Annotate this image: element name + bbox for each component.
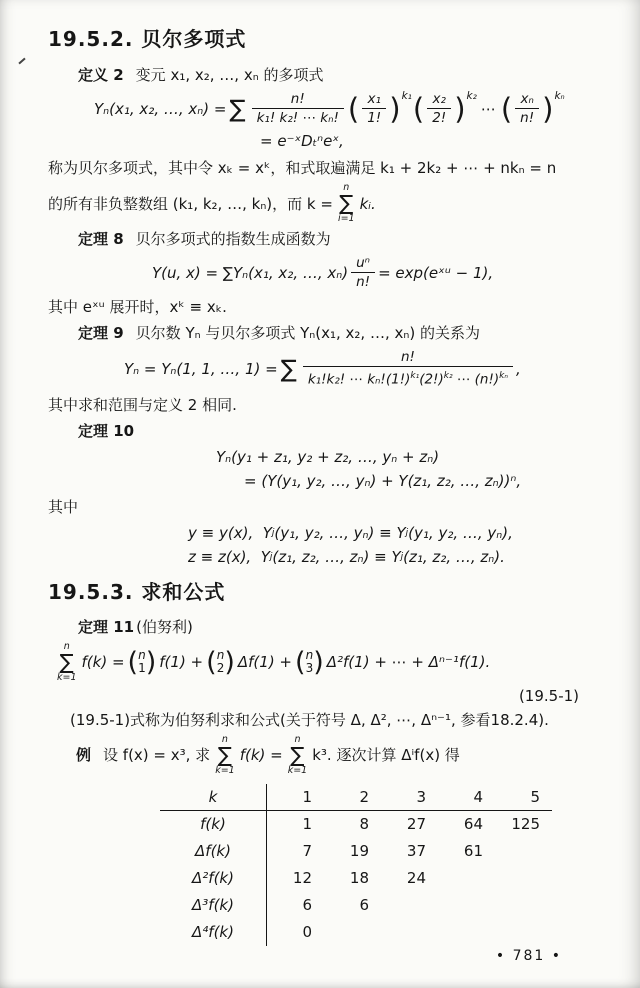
table-row-fk: f(k) 1 8 27 64 125: [160, 810, 552, 838]
eq1-factor-1-fraction: x₁ 1!: [362, 90, 386, 128]
sum-lower-limit: k=1: [288, 765, 308, 776]
table-row-d3: Δ³f(k) 6 6: [160, 892, 552, 919]
difference-table: k 1 2 3 4 5 f(k) 1 8 27 64 125 Δf(k) 7 1…: [160, 784, 552, 946]
eq3-den-exp: k₁: [410, 371, 419, 381]
equation-bernoulli-sum: n ∑ k=1 f(k) = ( n1 ) f(1) + ( n2 ) Δf(1…: [52, 642, 595, 683]
equation-binomial-property-1: Yₙ(y₁ + z₁, y₂ + z₂, …, yₙ + zₙ): [216, 446, 595, 468]
eq5-l2b: (z₁, z₂, …, zₙ) ≡ Y: [272, 546, 400, 568]
eq2-fraction: uⁿ n!: [351, 254, 375, 292]
left-paren-icon: (: [501, 95, 512, 124]
binom-bottom: 3: [306, 662, 314, 675]
binomial-coefficient-n3: ( n3 ): [295, 649, 324, 676]
table-cell: [495, 865, 552, 892]
eq2-post: = exp(eˣᵘ − 1),: [378, 262, 493, 284]
eq1-dots: ⋯: [481, 98, 496, 120]
sum-lower-limit: k=1: [57, 672, 77, 683]
factor1-num: x₁: [363, 90, 386, 108]
table-cell: [438, 865, 495, 892]
eq1-line2: = e⁻ˣDₜⁿeˣ,: [260, 130, 344, 152]
paragraph-range-note: 其中求和范围与定义 2 相同.: [48, 392, 595, 418]
table-cell: [381, 892, 438, 919]
sigma-icon: ∑: [229, 97, 245, 121]
equation-generating-function: Y(u, x) = ∑Yₙ(x₁, x₂, …, xₙ) uⁿ n! = exp…: [152, 254, 595, 292]
where-label: 其中: [48, 494, 595, 520]
binomial-coefficient-n1: ( n1 ): [128, 649, 157, 676]
definition-2-text: 变元 x₁, x₂, …, xₙ 的多项式: [136, 66, 324, 84]
equation-bell-operator-form: = e⁻ˣDₜⁿeˣ,: [260, 130, 595, 152]
equation-where-y: y ≡ y(x), Yj(y₁, y₂, …, yₙ) ≡ Yj(y₁, y₂,…: [188, 522, 595, 544]
sigma-icon: ∑: [218, 745, 232, 765]
theorem-11-note: (伯努利): [136, 618, 193, 636]
theorem-11-label: 定理 11: [78, 618, 134, 636]
sigma-icon: ∑: [339, 193, 353, 213]
eq3-post: ,: [516, 358, 521, 380]
right-paren-icon: ): [146, 649, 157, 676]
paragraph-expansion-note: 其中 eˣᵘ 展开时，xᵏ ≡ xₖ.: [48, 294, 595, 320]
sigma-icon: ∑: [281, 357, 297, 381]
table-cell: 12: [267, 865, 325, 892]
eq3-den: k₁!k₂! ⋯ kₙ!(1!)k₁(2!)k₂ ⋯ (n!)kₙ: [303, 366, 513, 390]
eq1-factor-1: ( x₁ 1! ) k₁: [348, 90, 412, 128]
eq3-den-exp: k₂: [444, 371, 453, 381]
theorem-9-text: 贝尔数 Yₙ 与贝尔多项式 Yₙ(x₁, x₂, …, xₙ) 的关系为: [136, 324, 480, 342]
equation-bell-numbers: Yₙ = Yₙ(1, 1, …, 1) = ∑ n! k₁!k₂! ⋯ kₙ!(…: [124, 348, 595, 390]
sum-with-limits: n ∑ k=1: [57, 642, 77, 683]
eq3-num: n!: [396, 348, 420, 366]
eq3-den-part: ⋯ (n!): [453, 372, 500, 388]
eq5-l1b: (y₁, y₂, …, yₙ) ≡ Y: [274, 522, 405, 544]
eq1-lhs: Yₙ(x₁, x₂, …, xₙ) =: [94, 98, 226, 120]
factorn-exponent: kₙ: [554, 85, 564, 107]
theorem-9-line: 定理 9贝尔数 Yₙ 与贝尔多项式 Yₙ(x₁, x₂, …, xₙ) 的关系为: [48, 320, 595, 346]
table-cell: [495, 838, 552, 865]
example-line: 例 设 f(x) = x³, 求 n ∑ k=1 f(k) = n ∑ k=1 …: [48, 735, 595, 776]
conditions-2-post: kᵢ.: [360, 193, 376, 215]
eq2-num: uⁿ: [351, 254, 375, 272]
eq5-l1a: y ≡ y(x), Y: [188, 522, 272, 544]
theorem-8-line: 定理 8贝尔多项式的指数生成函数为: [48, 226, 595, 252]
eq6-t2: f(1) +: [159, 651, 203, 673]
theorem-11-line: 定理 11(伯努利): [48, 614, 595, 640]
table-row-d4: Δ⁴f(k) 0: [160, 919, 552, 946]
binom-bottom: 2: [217, 662, 225, 675]
table-cell: [381, 919, 438, 946]
eq2-den: n!: [351, 272, 375, 292]
table-cell: 7: [267, 838, 325, 865]
eq4-line1: Yₙ(y₁ + z₁, y₂ + z₂, …, yₙ + zₙ): [216, 446, 439, 468]
example-t1: 设 f(x) = x³, 求: [103, 743, 210, 767]
eq1-factor-n: ( xₙ n! ) kₙ: [501, 90, 565, 128]
eq3-den-part: (2!): [419, 372, 444, 388]
table-header-cell: 3: [381, 784, 438, 811]
table-row-label: Δf(k): [160, 838, 267, 865]
eq3-den-part: k₁!k₂! ⋯ kₙ!(1!): [308, 372, 411, 388]
sigma-icon: ∑: [290, 745, 304, 765]
eq6-t3: Δf(1) +: [238, 651, 292, 673]
left-paren-icon: (: [413, 95, 424, 124]
paragraph-bell-conditions-2: 的所有非负整数组 (k₁, k₂, …, kₙ)，而 k = n ∑ i=1 k…: [48, 183, 595, 224]
right-paren-icon: ): [454, 95, 465, 124]
table-cell: [495, 919, 552, 946]
table-cell: 125: [495, 810, 552, 838]
factor2-exponent: k₂: [467, 85, 477, 107]
example-t2: f(k) =: [240, 743, 283, 767]
eq2-pre: Y(u, x) = ∑Yₙ(x₁, x₂, …, xₙ): [152, 262, 348, 284]
table-cell: 61: [438, 838, 495, 865]
equation-bell-polynomial-def: Yₙ(x₁, x₂, …, xₙ) = ∑ n! k₁! k₂! ⋯ kₙ! (…: [94, 90, 595, 128]
sigma-icon: ∑: [60, 652, 74, 672]
sum-lower-limit: k=1: [215, 765, 235, 776]
table-cell: 18: [324, 865, 381, 892]
theorem-8-text: 贝尔多项式的指数生成函数为: [136, 230, 331, 248]
factor1-den: 1!: [362, 108, 386, 128]
eq6-t1: f(k) =: [82, 651, 125, 673]
eq3-den-exp: kₙ: [499, 371, 508, 381]
theorem-8-label: 定理 8: [78, 230, 124, 248]
factorn-num: xₙ: [515, 90, 538, 108]
table-header-row: k 1 2 3 4 5: [160, 784, 552, 811]
eq3-fraction: n! k₁!k₂! ⋯ kₙ!(1!)k₁(2!)k₂ ⋯ (n!)kₙ: [303, 348, 513, 390]
example-t3: k³. 逐次计算 Δⁱf(x) 得: [312, 743, 460, 767]
theorem-9-label: 定理 9: [78, 324, 124, 342]
eq5-l2c: (z₁, z₂, …, zₙ).: [403, 546, 505, 568]
table-cell: [438, 892, 495, 919]
right-paren-icon: ): [313, 649, 324, 676]
eq5-l1c: (y₁, y₂, …, yₙ),: [408, 522, 513, 544]
scan-noise-mark: [18, 58, 25, 65]
factorn-den: n!: [515, 108, 539, 128]
equation-binomial-property-2: = (Y(y₁, y₂, …, yₙ) + Y(z₁, z₂, …, zₙ))ⁿ…: [244, 470, 595, 492]
eq5-l2a: z ≡ z(x), Y: [188, 546, 270, 568]
equation-number: (19.5-1): [48, 685, 595, 707]
factor2-den: 2!: [427, 108, 451, 128]
definition-2-label: 定义 2: [78, 66, 124, 84]
table-header-cell: 1: [267, 784, 325, 811]
eq1-fraction-denominator: k₁! k₂! ⋯ kₙ!: [252, 108, 344, 128]
factor2-num: x₂: [427, 90, 450, 108]
eq1-main-fraction: n! k₁! k₂! ⋯ kₙ!: [252, 90, 344, 128]
book-page: 19.5.2. 贝尔多项式 定义 2变元 x₁, x₂, …, xₙ 的多项式 …: [0, 0, 640, 988]
theorem-10-label: 定理 10: [78, 422, 134, 440]
factor1-exponent: k₁: [402, 85, 412, 107]
eq4-line2: = (Y(y₁, y₂, …, yₙ) + Y(z₁, z₂, …, zₙ))ⁿ…: [244, 470, 521, 492]
eq3-pre: Yₙ = Yₙ(1, 1, …, 1) =: [124, 358, 278, 380]
table-header-cell: 5: [495, 784, 552, 811]
left-paren-icon: (: [206, 649, 217, 676]
table-cell: 24: [381, 865, 438, 892]
sum-with-limits: n ∑ k=1: [215, 735, 235, 776]
table-cell: 6: [324, 892, 381, 919]
table-header-cell: 4: [438, 784, 495, 811]
left-paren-icon: (: [295, 649, 306, 676]
table-header-label: k: [160, 784, 267, 811]
left-paren-icon: (: [348, 95, 359, 124]
right-paren-icon: ): [224, 649, 235, 676]
table-header-cell: 2: [324, 784, 381, 811]
sum-with-limits: n ∑ k=1: [288, 735, 308, 776]
table-row-label: Δ⁴f(k): [160, 919, 267, 946]
theorem-10-line: 定理 10: [48, 418, 595, 444]
equation-where-z: z ≡ z(x), Yj(z₁, z₂, …, zₙ) ≡ Yj(z₁, z₂,…: [188, 546, 595, 568]
table-row-d1: Δf(k) 7 19 37 61: [160, 838, 552, 865]
paragraph-bernoulli-note: (19.5-1)式称为伯努利求和公式(关于符号 Δ, Δ², ⋯, Δⁿ⁻¹, …: [48, 707, 595, 733]
binomial-coefficient-n2: ( n2 ): [206, 649, 235, 676]
table-cell: 19: [324, 838, 381, 865]
eq6-t4: Δ²f(1) + ⋯ + Δⁿ⁻¹f(1).: [327, 651, 490, 673]
sum-with-limits: n ∑ i=1: [338, 183, 355, 224]
table-cell: 8: [324, 810, 381, 838]
section-heading-bell-polynomials: 19.5.2. 贝尔多项式: [48, 28, 595, 50]
table-cell: 27: [381, 810, 438, 838]
conditions-2-pre: 的所有非负整数组 (k₁, k₂, …, kₙ)，而 k =: [48, 193, 333, 215]
table-cell: 0: [267, 919, 325, 946]
eq1-factor-2-fraction: x₂ 2!: [427, 90, 451, 128]
table-cell: 64: [438, 810, 495, 838]
table-cell: 37: [381, 838, 438, 865]
definition-2-line: 定义 2变元 x₁, x₂, …, xₙ 的多项式: [48, 62, 595, 88]
section-heading-summation-formulas: 19.5.3. 求和公式: [48, 580, 595, 604]
table-cell: 1: [267, 810, 325, 838]
eq1-factor-n-fraction: xₙ n!: [515, 90, 539, 128]
right-paren-icon: ): [389, 95, 400, 124]
sum-lower-limit: i=1: [338, 213, 355, 224]
table-cell: [438, 919, 495, 946]
table-row-label: Δ³f(k): [160, 892, 267, 919]
left-paren-icon: (: [128, 649, 139, 676]
page-number: • 781 •: [496, 948, 562, 964]
eq1-factor-2: ( x₂ 2! ) k₂: [413, 90, 477, 128]
table-cell: [324, 919, 381, 946]
table-row-d2: Δ²f(k) 12 18 24: [160, 865, 552, 892]
table-cell: 6: [267, 892, 325, 919]
table-cell: [495, 892, 552, 919]
binom-bottom: 1: [138, 662, 146, 675]
paragraph-bell-conditions-1: 称为贝尔多项式，其中令 xₖ = xᵏ，和式取遍满足 k₁ + 2k₂ + ⋯ …: [48, 155, 595, 181]
right-paren-icon: ): [542, 95, 553, 124]
example-label: 例: [76, 743, 91, 767]
eq1-fraction-numerator: n!: [286, 90, 310, 108]
table-row-label: f(k): [160, 810, 267, 838]
table-row-label: Δ²f(k): [160, 865, 267, 892]
